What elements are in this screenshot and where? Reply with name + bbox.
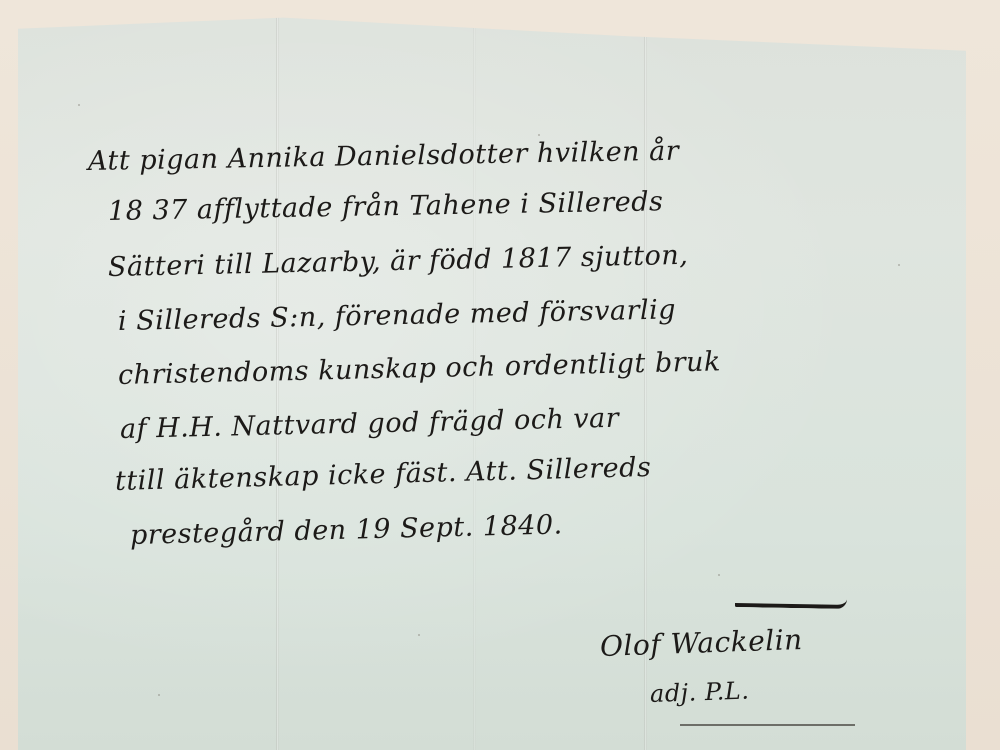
paper-speck: [718, 574, 720, 576]
signature-name: Olof Wackelin: [599, 623, 803, 663]
photo-scene: Att pigan Annika Danielsdotter hvilken å…: [0, 0, 1000, 750]
signature-underline: [680, 724, 855, 726]
paper-speck: [158, 694, 160, 696]
paper-speck: [538, 134, 540, 136]
paper-speck: [78, 104, 80, 106]
signature-title: adj. P.L.: [650, 677, 750, 708]
paper-speck: [418, 634, 420, 636]
paper-speck: [898, 264, 900, 266]
ink-flourish: [735, 597, 847, 609]
